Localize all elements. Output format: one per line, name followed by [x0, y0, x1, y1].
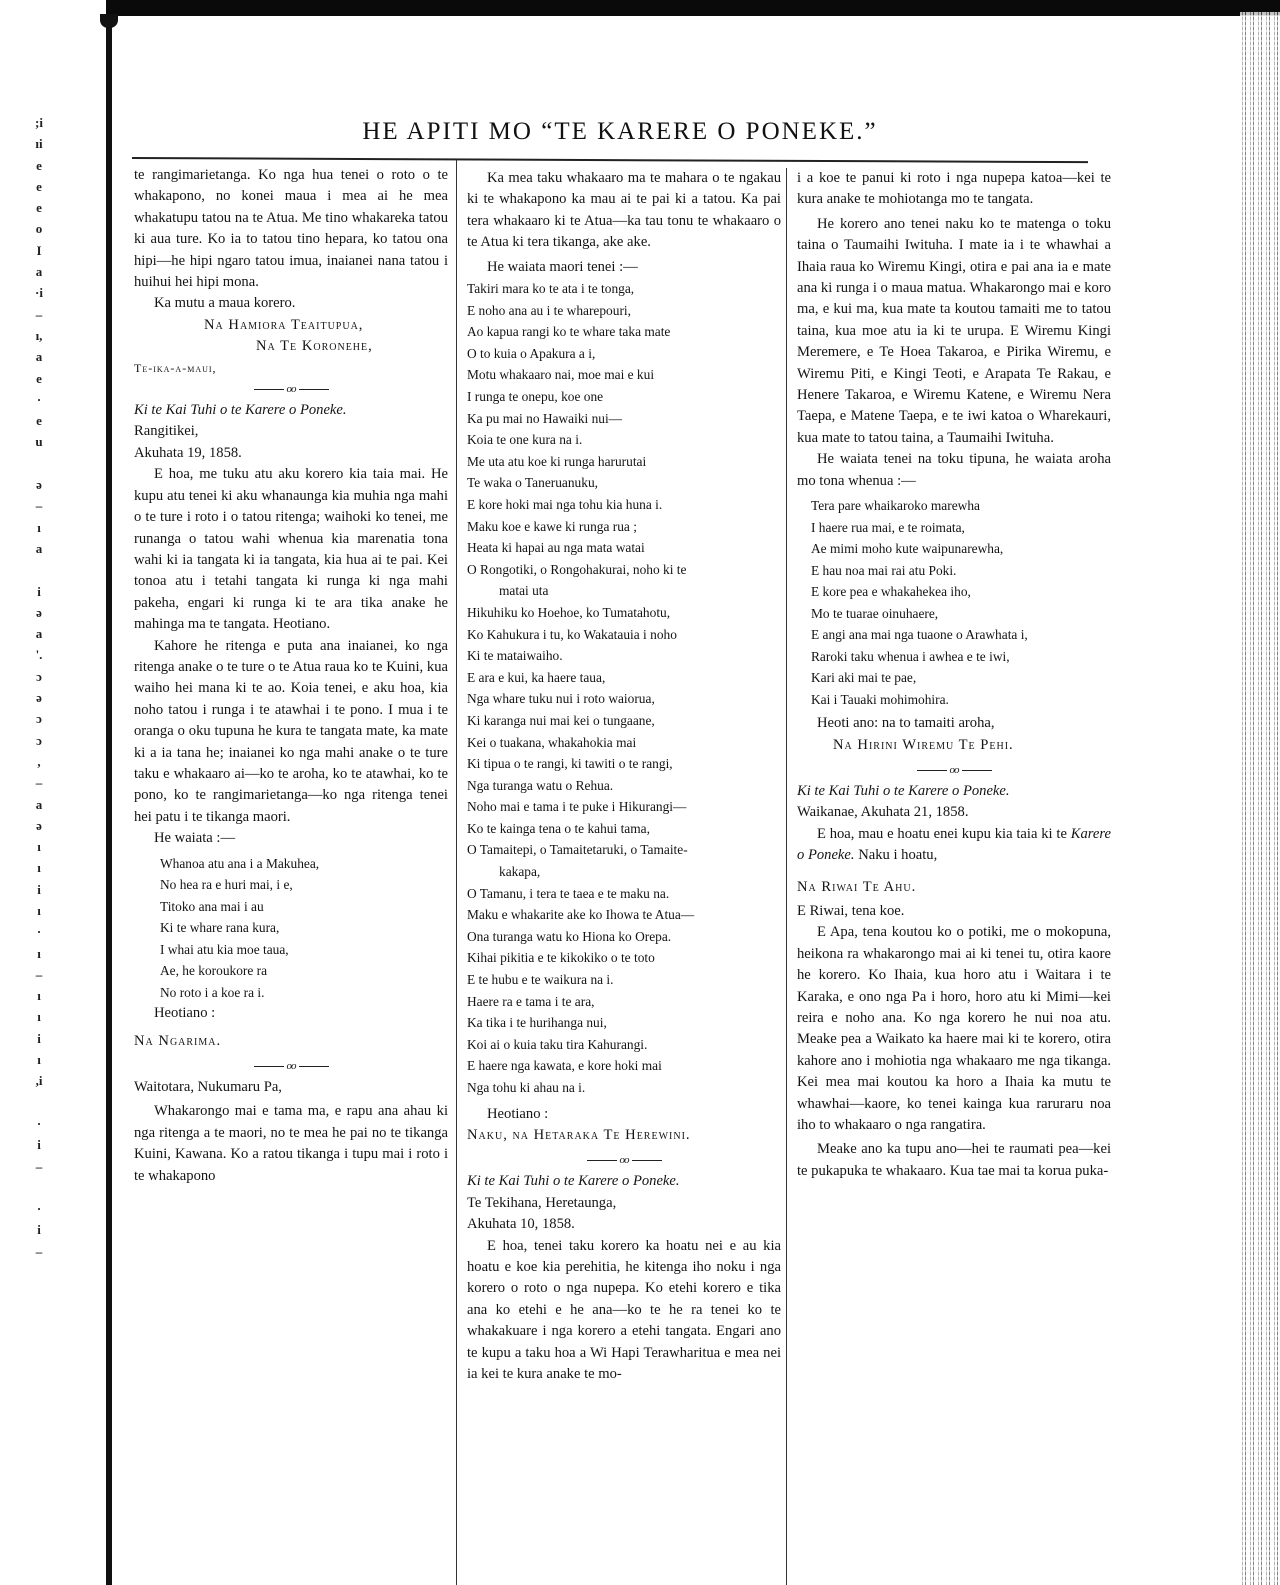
margin-fragment: i — [30, 1028, 48, 1049]
margin-fragment: e — [30, 197, 48, 218]
signature: Na Hamiora Teaitupua, — [134, 315, 448, 336]
song-line: Koia te one kura na i. — [467, 429, 781, 451]
letter-place: Waitotara, Nukumaru Pa, — [134, 1077, 448, 1098]
song-line: Nga turanga watu o Rehua. — [467, 775, 781, 797]
signature-place: Te-ika-a-maui, — [134, 358, 448, 379]
margin-fragment: a — [30, 623, 48, 644]
margin-fragment: – — [30, 1156, 48, 1177]
margin-fragment: ı — [30, 857, 48, 878]
song-line: E hau noa mai rai atu Poki. — [811, 560, 1111, 582]
book-spine — [106, 24, 112, 1585]
scan-top-border — [0, 0, 1280, 16]
margin-fragment: ı — [30, 943, 48, 964]
margin-fragment: ,i — [30, 1070, 48, 1091]
letter-heading: Ki te Kai Tuhi o te Karere o Poneke. — [134, 400, 448, 421]
margin-fragment: , — [30, 751, 48, 772]
song-line: Ao kapua rangi ko te whare taka mate — [467, 321, 781, 343]
song-line: Ae, he koroukore ra — [160, 960, 448, 982]
margin-fragment: – — [30, 495, 48, 516]
signature: Na Te Koronehe, — [134, 336, 448, 357]
column-rule-2 — [786, 168, 787, 1585]
signature: Naku, na Hetaraka Te Herewini. — [467, 1125, 781, 1146]
margin-fragment: i — [30, 879, 48, 900]
margin-fragment — [30, 559, 48, 580]
paragraph: Ka mea taku whakaaro ma te mahara o te n… — [467, 168, 781, 254]
margin-fragment: ı — [30, 517, 48, 538]
margin-fragment: ı — [30, 1006, 48, 1027]
song-line: O Tamaitepi, o Tamaitetaruki, o Tamaite- — [467, 839, 781, 861]
song-line: Ona turanga watu ko Hiona ko Orepa. — [467, 926, 781, 948]
song-line: E ara e kui, ka haere taua, — [467, 667, 781, 689]
margin-fragment: – — [30, 1241, 48, 1262]
song-line: No roto i a koe ra i. — [160, 982, 448, 1004]
margin-fragment: i — [30, 1134, 48, 1155]
letter-place: Te Tekihana, Heretaunga, — [467, 1193, 781, 1214]
page-title: HE APITI MO “TE KARERE O PONEKE.” — [130, 118, 1110, 146]
song-line: Nga whare tuku nui i roto waiorua, — [467, 688, 781, 710]
song-line: I whai atu kia moe taua, — [160, 939, 448, 961]
song-line: Nga tohu ki ahau na i. — [467, 1077, 781, 1099]
song-line: Tera pare whaikaroko marewha — [811, 495, 1111, 517]
margin-fragment — [30, 453, 48, 474]
song-intro: He waiata maori tenei :— — [467, 257, 781, 278]
song-line: O Rongotiki, o Rongohakurai, noho ki te — [467, 559, 781, 581]
margin-fragment: ə — [30, 602, 48, 623]
paragraph: te rangimarietanga. Ko nga hua tenei o r… — [134, 165, 448, 293]
column-1: te rangimarietanga. Ko nga hua tenei o r… — [134, 165, 448, 1187]
song-line: O Tamanu, i tera te taea e te maku na. — [467, 883, 781, 905]
song-line: Whanoa atu ana i a Makuhea, — [160, 853, 448, 875]
letter-place-date: Waikanae, Akuhata 21, 1858. — [797, 802, 1111, 823]
song-line: Ae mimi moho kute waipunarewha, — [811, 538, 1111, 560]
facing-page-fragments: ;iıieeeoIa·i–ı,ae·euə–ıaiəa'.ɔəɔɔ,–aəııi… — [30, 112, 48, 1262]
closing: Heotiano : — [467, 1104, 781, 1125]
letter-heading: Ki te Kai Tuhi o te Karere o Poneke. — [467, 1171, 781, 1192]
margin-fragment: ə — [30, 687, 48, 708]
margin-fragment: e — [30, 176, 48, 197]
song-line: O to kuia o Apakura a i, — [467, 343, 781, 365]
song-intro: He waiata tenei na toku tipuna, he waiat… — [797, 449, 1111, 492]
song-line: E noho ana au i te wharepouri, — [467, 300, 781, 322]
paragraph: E hoa, mau e hoatu enei kupu kia taia ki… — [797, 824, 1111, 867]
margin-fragment: ·i — [30, 282, 48, 303]
song-line: Ki tipua o te rangi, ki tawiti o te rang… — [467, 753, 781, 775]
closing: Heotiano : — [134, 1003, 448, 1024]
margin-fragment: ə — [30, 474, 48, 495]
song-line: E haere nga kawata, e kore hoki mai — [467, 1055, 781, 1077]
margin-fragment: · — [30, 921, 48, 942]
song-line: Te waka o Taneruanuku, — [467, 472, 781, 494]
signature: Na Riwai Te Ahu. — [797, 877, 1111, 898]
song-line: Ko Kahukura i tu, ko Wakatauia i noho — [467, 624, 781, 646]
margin-fragment: I — [30, 240, 48, 261]
song-line: Ki te whare rana kura, — [160, 917, 448, 939]
margin-fragment: ı — [30, 1049, 48, 1070]
song-line: Heata ki hapai au nga mata watai — [467, 537, 781, 559]
song-line: Hikuhiku ko Hoehoe, ko Tumatahotu, — [467, 602, 781, 624]
text: E hoa, mau e hoatu enei kupu kia taia ki… — [817, 826, 1071, 842]
letter-heading: Ki te Kai Tuhi o te Karere o Poneke. — [797, 781, 1111, 802]
column-2: Ka mea taku whakaaro ma te mahara o te n… — [467, 168, 781, 1385]
margin-fragment: u — [30, 431, 48, 452]
column-3: i a koe te panui ki roto i nga nupepa ka… — [797, 168, 1111, 1182]
song-line: Noho mai e tama i te puke i Hikurangi— — [467, 796, 781, 818]
song-intro: He waiata :— — [134, 828, 448, 849]
song-line: Kei o tuakana, whakahokia mai — [467, 732, 781, 754]
song-line: Koi ai o kuia taku tira Kahurangi. — [467, 1034, 781, 1056]
song-line: Motu whakaaro nai, moe mai e kui — [467, 364, 781, 386]
margin-fragment: a — [30, 538, 48, 559]
song-line: Maku e whakarite ake ko Ihowa te Atua— — [467, 904, 781, 926]
section-divider: oo — [134, 379, 448, 400]
paragraph: i a koe te panui ki roto i nga nupepa ka… — [797, 168, 1111, 211]
closing: Heoti ano: na to tamaiti aroha, — [797, 713, 1111, 734]
song-line: Ko te kainga tena o te kahui tama, — [467, 818, 781, 840]
song-line: Ki karanga nui mai kei o tungaane, — [467, 710, 781, 732]
song-line: matai uta — [467, 580, 781, 602]
salutation: E Riwai, tena koe. — [797, 901, 1111, 922]
letter-date: Akuhata 19, 1858. — [134, 443, 448, 464]
song-line: E angi ana mai nga tuaone o Arawhata i, — [811, 624, 1111, 646]
song-line: Ka pu mai no Hawaiki nui— — [467, 408, 781, 430]
paragraph: Kahore he ritenga e puta ana inaianei, k… — [134, 636, 448, 829]
margin-fragment: i — [30, 581, 48, 602]
paragraph: Whakarongo mai e tama ma, e rapu ana aha… — [134, 1101, 448, 1187]
song: Takiri mara ko te ata i te tonga,E noho … — [467, 278, 781, 1099]
signature: Na Hirini Wiremu Te Pehi. — [797, 735, 1111, 756]
margin-fragment: ı — [30, 985, 48, 1006]
song-line: Ka tika i te hurihanga nui, — [467, 1012, 781, 1034]
song-line: Mo te tuarae oinuhaere, — [811, 603, 1111, 625]
margin-fragment: ı — [30, 900, 48, 921]
song-line: Maku koe e kawe ki runga rua ; — [467, 516, 781, 538]
margin-fragment: ;i — [30, 112, 48, 133]
column-rule-1 — [456, 160, 457, 1585]
margin-fragment — [30, 1177, 48, 1198]
letter-place: Rangitikei, — [134, 421, 448, 442]
text: Naku i hoatu, — [855, 847, 938, 863]
song: Whanoa atu ana i a Makuhea,No hea ra e h… — [134, 853, 448, 1004]
paragraph: He korero ano tenei naku ko te matenga o… — [797, 214, 1111, 449]
margin-fragment: '. — [30, 644, 48, 665]
song-line: Raroki taku whenua i awhea e te iwi, — [811, 646, 1111, 668]
paragraph: E hoa, me tuku atu aku korero kia taia m… — [134, 464, 448, 635]
signature: Na Ngarima. — [134, 1031, 448, 1052]
section-divider: oo — [134, 1056, 448, 1077]
song-line: Me uta atu koe ki runga harurutai — [467, 451, 781, 473]
section-divider: oo — [467, 1150, 781, 1171]
margin-fragment: o — [30, 218, 48, 239]
signature-text: Naku, na Hetaraka Te Herewini. — [467, 1127, 691, 1143]
song-line: Kihai pikitia e te kikokiko o te toto — [467, 947, 781, 969]
song-line: E kore hoki mai nga tohu kia huna i. — [467, 494, 781, 516]
song-line: I haere rua mai, e te roimata, — [811, 517, 1111, 539]
song-line: Kari aki mai te pae, — [811, 667, 1111, 689]
song-line: Ki te mataiwaiho. — [467, 645, 781, 667]
margin-fragment: · — [30, 389, 48, 410]
song-line: E kore pea e whakahekea iho, — [811, 581, 1111, 603]
margin-fragment: e — [30, 155, 48, 176]
masthead-rule — [132, 157, 1088, 163]
margin-fragment: · — [30, 1198, 48, 1219]
letter-date: Akuhata 10, 1858. — [467, 1214, 781, 1235]
song-line: Takiri mara ko te ata i te tonga, — [467, 278, 781, 300]
song-line: Kai i Tauaki mohimohira. — [811, 689, 1111, 711]
margin-fragment: e — [30, 410, 48, 431]
margin-fragment: · — [30, 1113, 48, 1134]
paragraph: E Apa, tena koutou ko o potiki, me o mok… — [797, 922, 1111, 1136]
song: Tera pare whaikaroko marewhaI haere rua … — [797, 495, 1111, 710]
song-line: kakapa, — [467, 861, 781, 883]
margin-fragment: – — [30, 304, 48, 325]
scan-left-page-top — [0, 0, 106, 26]
margin-fragment: – — [30, 772, 48, 793]
section-divider: oo — [797, 760, 1111, 781]
margin-fragment: ɔ — [30, 708, 48, 729]
song-line: No hea ra e huri mai, i e, — [160, 874, 448, 896]
margin-fragment — [30, 1092, 48, 1113]
song-line: E te hubu e te waikura na i. — [467, 969, 781, 991]
song-line: Titoko ana mai i au — [160, 896, 448, 918]
song-line: I runga te onepu, koe one — [467, 386, 781, 408]
paragraph: Ka mutu a maua korero. — [134, 293, 448, 314]
margin-fragment: i — [30, 1219, 48, 1240]
margin-fragment: – — [30, 964, 48, 985]
paragraph: E hoa, tenei taku korero ka hoatu nei e … — [467, 1236, 781, 1386]
margin-fragment: ɔ — [30, 730, 48, 751]
margin-fragment: a — [30, 261, 48, 282]
margin-fragment: a — [30, 794, 48, 815]
page-edge-texture — [1240, 12, 1280, 1585]
song-line: Haere ra e tama i te ara, — [467, 991, 781, 1013]
margin-fragment: ıi — [30, 133, 48, 154]
margin-fragment: ı, — [30, 325, 48, 346]
margin-fragment: ə — [30, 815, 48, 836]
paragraph: Meake ano ka tupu ano—hei te raumati pea… — [797, 1139, 1111, 1182]
margin-fragment: ı — [30, 836, 48, 857]
margin-fragment: e — [30, 368, 48, 389]
margin-fragment: ɔ — [30, 666, 48, 687]
margin-fragment: a — [30, 346, 48, 367]
